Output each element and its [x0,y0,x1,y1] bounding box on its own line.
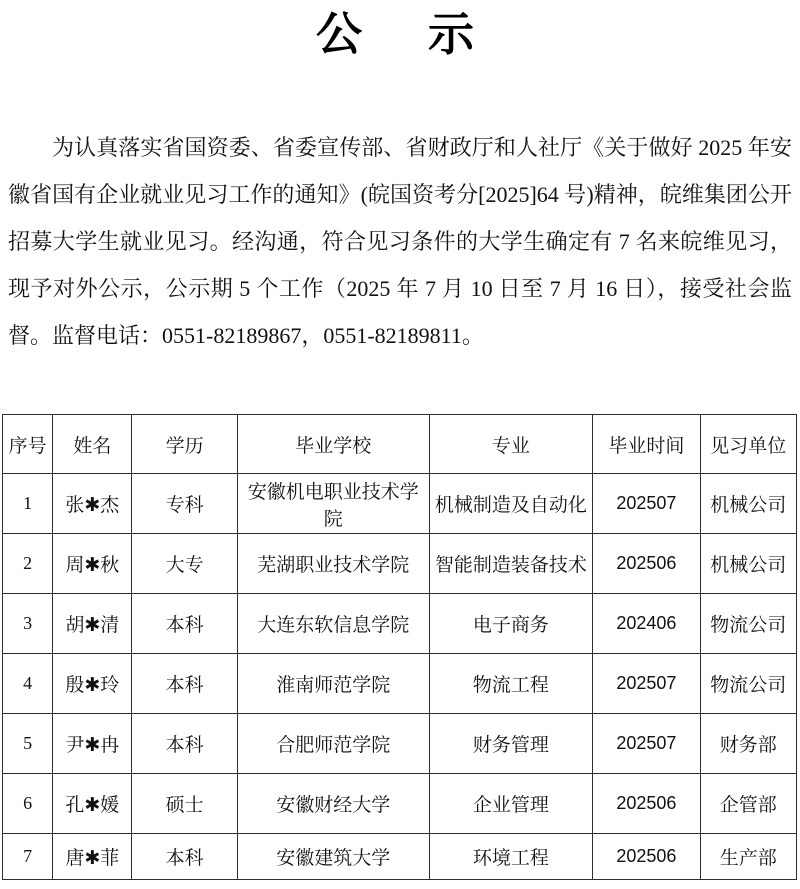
cell-degree: 专科 [132,474,237,534]
cell-unit: 机械公司 [700,474,796,534]
cell-school: 芜湖职业技术学院 [237,534,429,594]
header-degree: 学历 [132,415,237,474]
page-title: 公 示 [0,4,800,64]
table-row: 6 孔✱媛 硕士 安徽财经大学 企业管理 202506 企管部 [3,774,797,834]
cell-name: 殷✱玲 [53,654,132,714]
cell-grad-time: 202507 [593,714,700,774]
cell-name: 孔✱媛 [53,774,132,834]
cell-degree: 本科 [132,834,237,880]
table-row: 3 胡✱清 本科 大连东软信息学院 电子商务 202406 物流公司 [3,594,797,654]
cell-grad-time: 202406 [593,594,700,654]
internship-roster-table: 序号 姓名 学历 毕业学校 专业 毕业时间 见习单位 1 张✱杰 专科 安徽机电… [2,414,797,880]
cell-grad-time: 202506 [593,834,700,880]
cell-degree: 大专 [132,534,237,594]
cell-unit: 机械公司 [700,534,796,594]
cell-degree: 本科 [132,654,237,714]
cell-school: 安徽财经大学 [237,774,429,834]
cell-seq: 7 [3,834,53,880]
header-row: 序号 姓名 学历 毕业学校 专业 毕业时间 见习单位 [3,415,797,474]
cell-name: 周✱秋 [53,534,132,594]
cell-major: 智能制造装备技术 [429,534,593,594]
cell-major: 环境工程 [429,834,593,880]
cell-name: 胡✱清 [53,594,132,654]
cell-unit: 物流公司 [700,654,796,714]
header-name: 姓名 [53,415,132,474]
header-grad-time: 毕业时间 [593,415,700,474]
cell-seq: 6 [3,774,53,834]
cell-degree: 硕士 [132,774,237,834]
cell-major: 财务管理 [429,714,593,774]
cell-seq: 2 [3,534,53,594]
cell-unit: 物流公司 [700,594,796,654]
header-unit: 见习单位 [700,415,796,474]
cell-school: 安徽建筑大学 [237,834,429,880]
cell-degree: 本科 [132,594,237,654]
cell-seq: 3 [3,594,53,654]
cell-school: 安徽机电职业技术学院 [237,474,429,534]
table-row: 2 周✱秋 大专 芜湖职业技术学院 智能制造装备技术 202506 机械公司 [3,534,797,594]
cell-unit: 生产部 [700,834,796,880]
cell-school: 大连东软信息学院 [237,594,429,654]
cell-grad-time: 202506 [593,774,700,834]
cell-name: 尹✱冉 [53,714,132,774]
table-body: 1 张✱杰 专科 安徽机电职业技术学院 机械制造及自动化 202507 机械公司… [3,474,797,880]
cell-school: 合肥师范学院 [237,714,429,774]
cell-grad-time: 202507 [593,474,700,534]
cell-seq: 4 [3,654,53,714]
table-row: 1 张✱杰 专科 安徽机电职业技术学院 机械制造及自动化 202507 机械公司 [3,474,797,534]
cell-major: 物流工程 [429,654,593,714]
cell-seq: 1 [3,474,53,534]
cell-seq: 5 [3,714,53,774]
cell-school: 淮南师范学院 [237,654,429,714]
cell-major: 企业管理 [429,774,593,834]
table-row: 5 尹✱冉 本科 合肥师范学院 财务管理 202507 财务部 [3,714,797,774]
cell-name: 唐✱菲 [53,834,132,880]
cell-unit: 财务部 [700,714,796,774]
cell-grad-time: 202506 [593,534,700,594]
cell-degree: 本科 [132,714,237,774]
table-header: 序号 姓名 学历 毕业学校 专业 毕业时间 见习单位 [3,415,797,474]
header-seq: 序号 [3,415,53,474]
announcement-paragraph: 为认真落实省国资委、省委宣传部、省财政厅和人社厅《关于做好 2025 年安徽省国… [8,124,792,359]
cell-name: 张✱杰 [53,474,132,534]
cell-grad-time: 202507 [593,654,700,714]
header-school: 毕业学校 [237,415,429,474]
cell-major: 电子商务 [429,594,593,654]
announcement-document: 公 示 为认真落实省国资委、省委宣传部、省财政厅和人社厅《关于做好 2025 年… [0,0,800,889]
cell-major: 机械制造及自动化 [429,474,593,534]
table-row: 4 殷✱玲 本科 淮南师范学院 物流工程 202507 物流公司 [3,654,797,714]
cell-unit: 企管部 [700,774,796,834]
header-major: 专业 [429,415,593,474]
table-row: 7 唐✱菲 本科 安徽建筑大学 环境工程 202506 生产部 [3,834,797,880]
